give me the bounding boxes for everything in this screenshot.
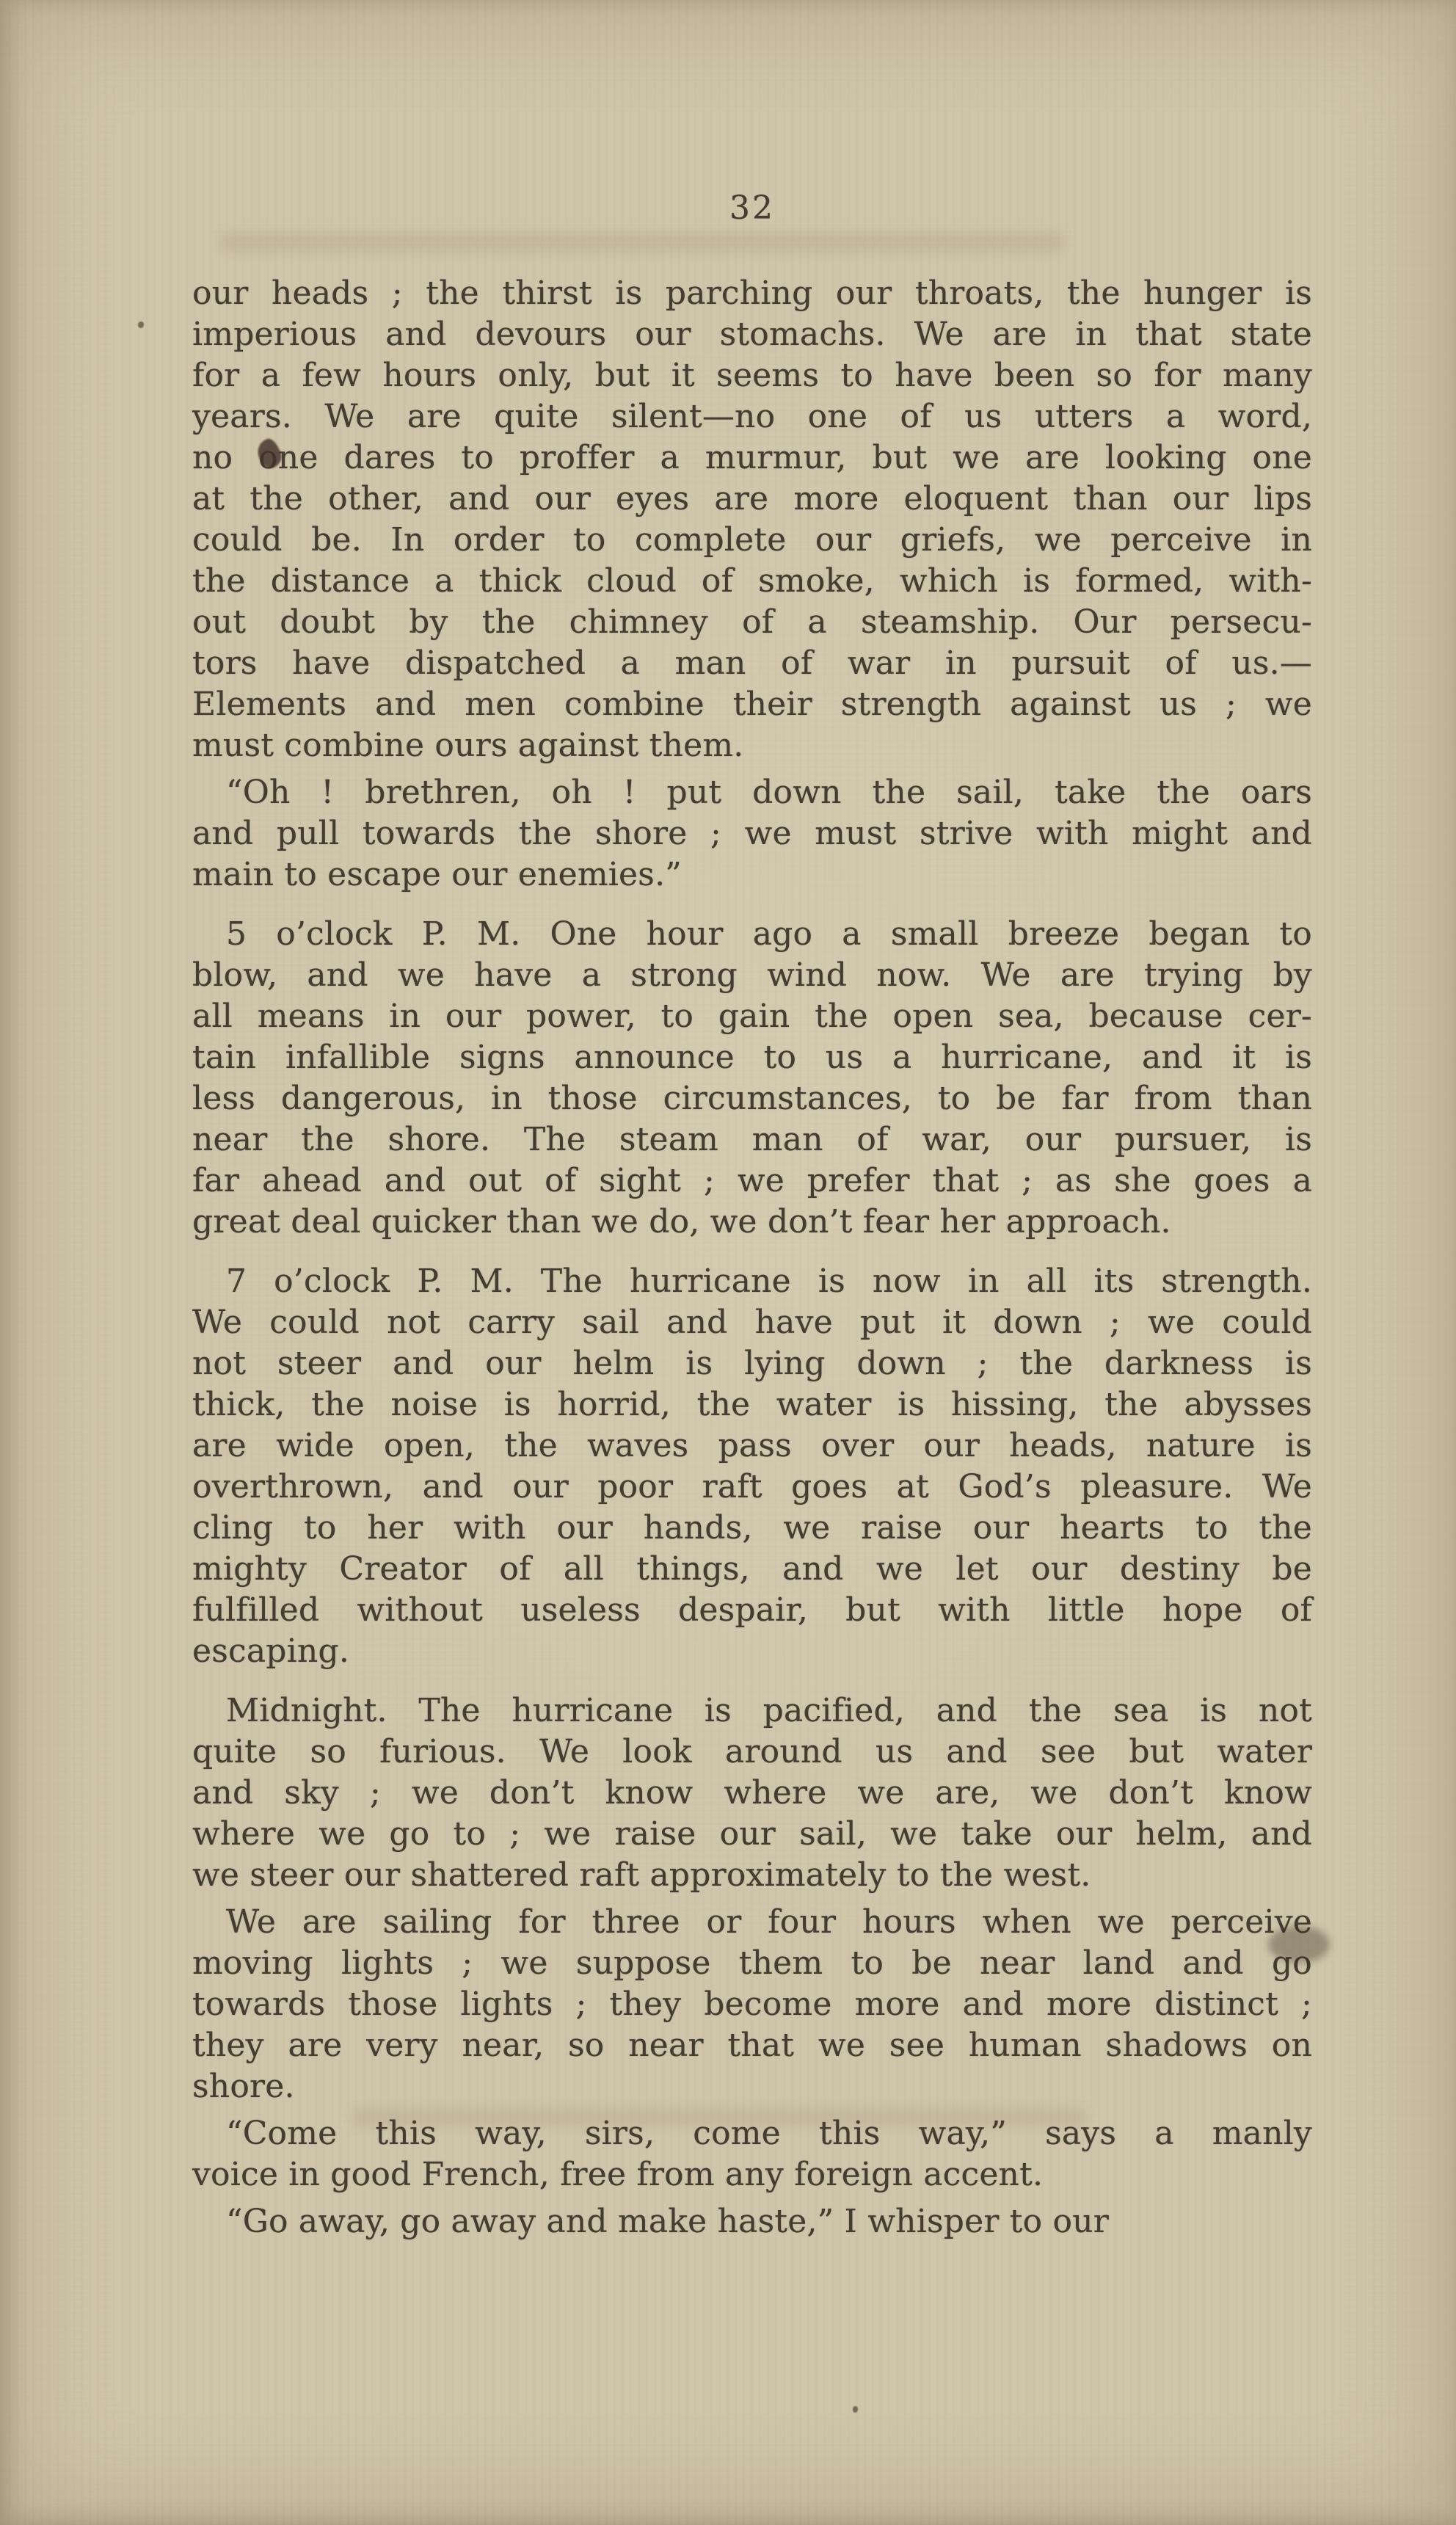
show-through-ghost	[220, 232, 1064, 252]
text-line: main to escape our enemies.”	[192, 854, 1312, 895]
paragraph: 5 o’clock P. M. One hour ago a small bre…	[192, 914, 1312, 1243]
text-line: mighty Creator of all things, and we let…	[192, 1549, 1312, 1590]
text-line: far ahead and out of sight ; we prefer t…	[192, 1160, 1312, 1202]
paragraph: “Oh ! brethren, oh ! put down the sail, …	[192, 772, 1312, 895]
text-line: “Go away, go away and make haste,” I whi…	[192, 2201, 1312, 2242]
text-line: at the other, and our eyes are more eloq…	[192, 479, 1312, 520]
text-line: could be. In order to complete our grief…	[192, 520, 1312, 561]
page-number: 32	[192, 189, 1312, 227]
text-line: the distance a thick cloud of smoke, whi…	[192, 561, 1312, 602]
text-line: out doubt by the chimney of a steamship.…	[192, 602, 1312, 643]
text-line: voice in good French, free from any fore…	[192, 2154, 1312, 2195]
text-line: and sky ; we don’t know where we are, we…	[192, 1773, 1312, 1814]
text-line: 7 o’clock P. M. The hurricane is now in …	[192, 1261, 1312, 1302]
paragraph: “Go away, go away and make haste,” I whi…	[192, 2201, 1312, 2242]
text-line: we steer our shattered raft approximatel…	[192, 1855, 1312, 1896]
text-line: where we go to ; we raise our sail, we t…	[192, 1814, 1312, 1855]
text-line: not steer and our helm is lying down ; t…	[192, 1343, 1312, 1384]
text-line: near the shore. The steam man of war, ou…	[192, 1119, 1312, 1160]
text-line: shore.	[192, 2066, 1312, 2107]
text-line: they are very near, so near that we see …	[192, 2025, 1312, 2066]
text-line: less dangerous, in those circumstances, …	[192, 1078, 1312, 1119]
paragraph: Midnight. The hurricane is pacified, and…	[192, 1690, 1312, 1896]
text-line: towards those lights ; they become more …	[192, 1984, 1312, 2025]
text-line: tain infallible signs announce to us a h…	[192, 1037, 1312, 1078]
text-line: imperious and devours our stomachs. We a…	[192, 314, 1312, 355]
speck-mark	[138, 321, 144, 328]
text-line: “Come this way, sirs, come this way,” sa…	[192, 2113, 1312, 2154]
text-line: great deal quicker than we do, we don’t …	[192, 1202, 1312, 1243]
text-line: overthrown, and our poor raft goes at Go…	[192, 1467, 1312, 1508]
paragraph: 7 o’clock P. M. The hurricane is now in …	[192, 1261, 1312, 1672]
text-line: We could not carry sail and have put it …	[192, 1302, 1312, 1343]
page-text-block: our heads ; the thirst is parching our t…	[192, 273, 1312, 2242]
text-line: We are sailing for three or four hours w…	[192, 1902, 1312, 1943]
speck-mark	[853, 2406, 858, 2413]
text-line: and pull towards the shore ; we must str…	[192, 813, 1312, 854]
text-line: fulfilled without useless despair, but w…	[192, 1590, 1312, 1631]
text-line: tors have dispatched a man of war in pur…	[192, 643, 1312, 684]
text-line: “Oh ! brethren, oh ! put down the sail, …	[192, 772, 1312, 813]
text-line: blow, and we have a strong wind now. We …	[192, 955, 1312, 996]
text-line: for a few hours only, but it seems to ha…	[192, 355, 1312, 396]
text-line: Elements and men combine their strength …	[192, 684, 1312, 725]
text-line: cling to her with our hands, we raise ou…	[192, 1508, 1312, 1549]
text-line: thick, the noise is horrid, the water is…	[192, 1384, 1312, 1425]
paragraph: We are sailing for three or four hours w…	[192, 1902, 1312, 2107]
paragraph: our heads ; the thirst is parching our t…	[192, 273, 1312, 766]
text-line: Midnight. The hurricane is pacified, and…	[192, 1690, 1312, 1732]
text-line: are wide open, the waves pass over our h…	[192, 1425, 1312, 1467]
text-line: quite so furious. We look around us and …	[192, 1732, 1312, 1773]
book-page-scan: 32 our heads ; the thirst is parching ou…	[0, 0, 1456, 2525]
text-line: must combine ours against them.	[192, 725, 1312, 766]
text-line: all means in our power, to gain the open…	[192, 996, 1312, 1037]
text-line: moving lights ; we suppose them to be ne…	[192, 1943, 1312, 1984]
text-line: 5 o’clock P. M. One hour ago a small bre…	[192, 914, 1312, 955]
text-line: no one dares to proffer a murmur, but we…	[192, 437, 1312, 479]
text-line: our heads ; the thirst is parching our t…	[192, 273, 1312, 314]
text-line: years. We are quite silent—no one of us …	[192, 396, 1312, 437]
text-line: escaping.	[192, 1631, 1312, 1672]
paragraph: “Come this way, sirs, come this way,” sa…	[192, 2113, 1312, 2195]
